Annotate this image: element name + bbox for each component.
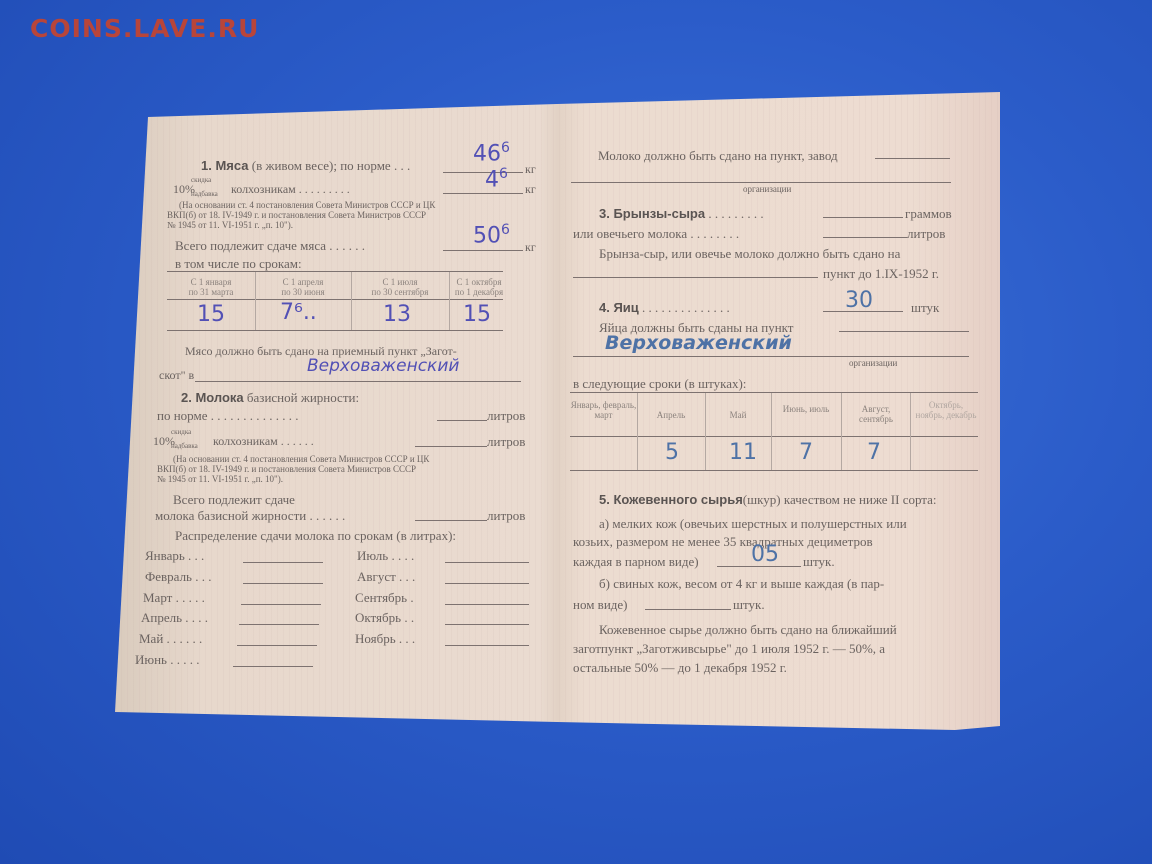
- milk-discount-top: скидка: [171, 428, 191, 436]
- milk-distribution-label: Распределение сдачи молока по срокам (в …: [175, 528, 456, 544]
- eggs-table-divider: [910, 393, 911, 470]
- meat-period-value: 7⁶..: [280, 300, 317, 325]
- milk-month-line: [243, 562, 323, 563]
- brynza-delivery-line: [573, 277, 818, 278]
- milk-month-line: [243, 583, 323, 584]
- meat-discount-text: колхозникам . . . . . . . . .: [231, 182, 350, 197]
- hides-heading: 5. Кожевенного сырья(шкур) качеством не …: [599, 492, 937, 508]
- meat-heading-rest: (в живом весе); по норме . . .: [252, 158, 410, 173]
- meat-discount-unit: кг: [525, 182, 536, 197]
- milk-month-label: Октябрь . .: [355, 610, 414, 626]
- meat-discount-value: 46: [485, 166, 508, 192]
- eggs-table-divider: [705, 393, 706, 470]
- brynza-heading: 3. Брынзы-сыра . . . . . . . . .: [599, 206, 764, 222]
- milk-discount-unit: литров: [487, 434, 525, 450]
- milk-month-label: Май . . . . . .: [139, 631, 202, 647]
- meat-norm-unit: кг: [525, 162, 536, 177]
- milk-total-label-2: молока базисной жирности . . . . . .: [155, 508, 345, 524]
- hides-a-line-3: каждая в парном виде): [573, 554, 699, 570]
- eggs-schedule-value: 7: [799, 440, 813, 465]
- meat-period-value: 15: [197, 302, 225, 327]
- milk-total-label-1: Всего подлежит сдаче: [173, 492, 295, 508]
- meat-discount-sup: 6: [499, 166, 508, 182]
- milk-month-line: [445, 562, 529, 563]
- milk-legal-note-3: № 1945 от 11. VI-1951 г. „п. 10").: [157, 474, 283, 484]
- meat-discount-number: 4: [485, 167, 499, 192]
- meat-period-value: 13: [383, 302, 411, 327]
- meat-period-header-line: С 1 октября: [449, 277, 509, 287]
- eggs-table-divider: [841, 393, 842, 470]
- meat-period-header-line: по 30 сентября: [351, 287, 449, 297]
- brynza-delivery-text: Брынза-сыр, или овечье молоко должно быт…: [599, 246, 900, 262]
- eggs-organization-caption: организации: [849, 358, 897, 368]
- milk-month-line: [445, 604, 529, 605]
- eggs-table-bottom-rule: [570, 470, 978, 471]
- meat-total-value: 506: [473, 222, 510, 248]
- hides-a-value: 05: [751, 542, 779, 567]
- meat-period-header: С 1 апреляпо 30 июня: [255, 277, 351, 297]
- sheep-milk-unit: литров: [907, 226, 945, 242]
- eggs-heading-label: 4. Яиц: [599, 300, 639, 315]
- milk-discount-text: колхозникам . . . . . .: [213, 434, 314, 449]
- milk-organization-line: [571, 182, 951, 183]
- milk-month-label: Март . . . . .: [143, 590, 205, 606]
- hides-b-unit: штук.: [733, 597, 765, 613]
- meat-norm-value: 466: [473, 140, 510, 166]
- milk-heading: 2. Молока базисной жирности:: [181, 390, 359, 406]
- hides-delivery-3: остальные 50% — до 1 декабря 1952 г.: [573, 660, 787, 676]
- meat-period-header-line: С 1 апреля: [255, 277, 351, 287]
- meat-period-header-line: С 1 июля: [351, 277, 449, 287]
- meat-total-number: 50: [473, 223, 501, 248]
- meat-norm-sup: 6: [501, 140, 510, 156]
- eggs-dots: . . . . . . . . . . . . . .: [642, 300, 730, 315]
- brynza-heading-label: 3. Брынзы-сыра: [599, 206, 705, 221]
- meat-total-unit: кг: [525, 240, 536, 255]
- hides-b-line-1: б) свиных кож, весом от 4 кг и выше кажд…: [599, 576, 884, 592]
- hides-b-line-2: ном виде): [573, 597, 628, 613]
- milk-discount-bottom: надбавка: [171, 442, 198, 450]
- milk-month-line: [445, 624, 529, 625]
- eggs-delivery-handwritten: Верховаженский: [605, 332, 792, 354]
- milk-heading-rest: базисной жирности:: [247, 390, 359, 405]
- eggs-schedule-header: Май: [705, 410, 771, 420]
- eggs-schedule-header: Август, сентябрь: [845, 404, 907, 424]
- eggs-table-top-rule: [570, 392, 978, 393]
- meat-period-header-line: по 30 июня: [255, 287, 351, 297]
- meat-total-line: [443, 250, 523, 251]
- meat-total-sup: 6: [501, 222, 510, 238]
- meat-period-header-line: С 1 января: [167, 277, 255, 287]
- eggs-heading: 4. Яиц . . . . . . . . . . . . . .: [599, 300, 730, 316]
- milk-norm-label: по норме . . . . . . . . . . . . . .: [157, 408, 298, 424]
- hides-heading-label: 5. Кожевенного сырья: [599, 492, 743, 507]
- document-spread: 1. Мяса (в живом весе); по норме . . . 4…: [115, 92, 1000, 730]
- eggs-schedule-header: Октябрь, ноябрь, декабрь: [915, 400, 977, 420]
- meat-norm-line: [443, 172, 523, 173]
- eggs-schedule-value: 7: [867, 440, 881, 465]
- milk-month-label: Апрель . . . .: [141, 610, 208, 626]
- hides-delivery-2: заготпункт „Заготживсырье" до 1 июля 195…: [573, 641, 885, 657]
- milk-month-line: [445, 645, 529, 646]
- hides-heading-rest: (шкур) качеством не ниже II сорта:: [743, 492, 937, 507]
- meat-period-header-line: по 1 декабря: [449, 287, 509, 297]
- brynza-dots: . . . . . . . . .: [708, 206, 763, 221]
- milk-norm-unit: литров: [487, 408, 525, 424]
- meat-heading-label: 1. Мяса: [201, 158, 249, 173]
- meat-period-value: 15: [463, 302, 491, 327]
- milk-month-label: Январь . . .: [145, 548, 204, 564]
- sheep-milk-line: [823, 237, 907, 238]
- eggs-table-mid-rule: [570, 436, 978, 437]
- meat-delivery-text-2: скот" в: [159, 368, 194, 383]
- eggs-table-divider: [637, 393, 638, 470]
- meat-period-header: С 1 июляпо 30 сентября: [351, 277, 449, 297]
- sheep-milk-label: или овечьего молока . . . . . . . .: [573, 226, 739, 242]
- milk-month-label: Ноябрь . . .: [355, 631, 415, 647]
- eggs-delivery-line: [839, 331, 969, 332]
- milk-month-line: [445, 583, 529, 584]
- eggs-count-unit: штук: [911, 300, 939, 316]
- eggs-schedule-value: 11: [729, 440, 757, 465]
- meat-discount-top: скидка: [191, 176, 211, 184]
- meat-delivery-handwritten: Верховаженский: [307, 356, 459, 376]
- hides-a-line-1: а) мелких кож (овечьих шерстных и полуше…: [599, 516, 907, 532]
- milk-month-label: Февраль . . .: [145, 569, 211, 585]
- eggs-schedule-header: Июнь, июль: [777, 404, 835, 414]
- milk-month-line: [233, 666, 313, 667]
- meat-discount-line: [443, 193, 523, 194]
- eggs-schedule-value: 5: [665, 440, 679, 465]
- eggs-table-divider: [771, 393, 772, 470]
- meat-period-header-line: по 31 марта: [167, 287, 255, 297]
- milk-month-line: [237, 645, 317, 646]
- milk-month-label: Август . . .: [357, 569, 415, 585]
- milk-norm-line: [437, 420, 487, 421]
- eggs-schedule-header: Январь, февраль, март: [570, 400, 637, 420]
- meat-norm-number: 46: [473, 141, 501, 166]
- eggs-count-value: 30: [845, 288, 873, 313]
- brynza-deadline: пункт до 1.IX-1952 г.: [823, 266, 939, 282]
- brynza-grams-unit: граммов: [905, 206, 952, 222]
- milk-legal-note-1: (На основании ст. 4 постановления Совета…: [173, 454, 429, 464]
- hides-b-line: [645, 609, 731, 610]
- meat-total-label: Всего подлежит сдаче мяса . . . . . .: [175, 238, 365, 254]
- meat-discount-bottom: надбавка: [191, 190, 218, 198]
- meat-legal-note-1: (На основании ст. 4 постановления Совета…: [179, 200, 435, 210]
- meat-legal-note-2: ВКП(б) от 18. IV-1949 г. и постановления…: [167, 210, 426, 220]
- meat-by-periods-label: в том числе по срокам:: [175, 256, 302, 272]
- milk-discount-line: [415, 446, 487, 447]
- brynza-grams-line: [823, 217, 903, 218]
- milk-delivery-text: Молоко должно быть сдано на пункт, завод: [598, 148, 838, 164]
- organization-caption: организации: [743, 184, 791, 194]
- milk-month-label: Июль . . . .: [357, 548, 414, 564]
- milk-month-label: Июнь . . . . .: [135, 652, 200, 668]
- milk-total-unit: литров: [487, 508, 525, 524]
- milk-month-label: Сентябрь .: [355, 590, 414, 606]
- meat-legal-note-3: № 1945 от 11. VI-1951 г. „п. 10").: [167, 220, 293, 230]
- hides-delivery-1: Кожевенное сырье должно быть сдано на бл…: [599, 622, 897, 638]
- meat-heading: 1. Мяса (в живом весе); по норме . . .: [201, 158, 410, 174]
- milk-heading-label: 2. Молока: [181, 390, 244, 405]
- milk-month-line: [241, 604, 321, 605]
- meat-delivery-line: [195, 381, 521, 382]
- milk-month-line: [239, 624, 319, 625]
- hides-a-unit: штук.: [803, 554, 835, 570]
- milk-legal-note-2: ВКП(б) от 18. IV-1949 г. и постановления…: [157, 464, 416, 474]
- watermark: COINS.LAVE.RU: [30, 14, 259, 43]
- meat-period-header: С 1 январяпо 31 марта: [167, 277, 255, 297]
- hides-a-line-2: козьих, размером не менее 35 квадратных …: [573, 534, 873, 550]
- meat-table-bottom-rule: [167, 330, 503, 331]
- milk-total-line: [415, 520, 487, 521]
- eggs-schedule-header: Апрель: [637, 410, 705, 420]
- meat-period-header: С 1 октябряпо 1 декабря: [449, 277, 509, 297]
- meat-table-mid-rule: [167, 299, 503, 300]
- meat-table-top-rule: [167, 271, 503, 272]
- eggs-schedule-label: в следующие сроки (в штуках):: [573, 376, 746, 392]
- milk-delivery-line: [875, 158, 950, 159]
- eggs-organization-line: [573, 356, 969, 357]
